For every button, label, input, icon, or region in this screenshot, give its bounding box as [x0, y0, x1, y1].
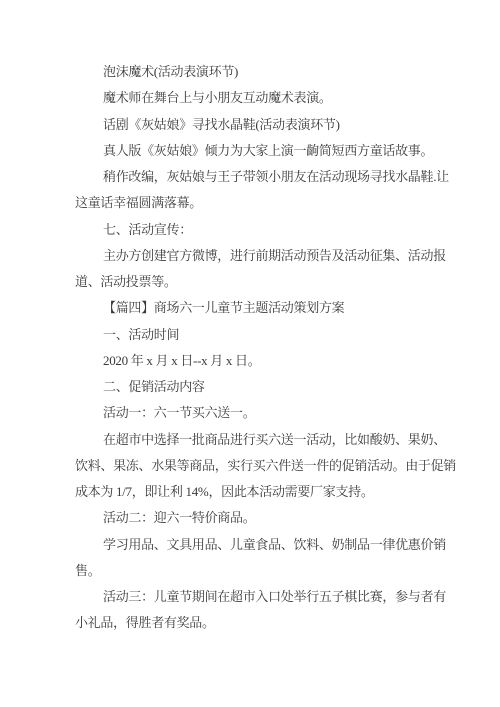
document-page: 泡沫魔术(活动表演环节)魔术师在舞台上与小朋友互动魔术表演。话剧《灰姑娘》寻找水… [0, 0, 500, 707]
text-line: 2020 年 x 月 x 日--x 月 x 日。 [75, 348, 455, 374]
text-line: 这童话幸福圆满落幕。 [75, 190, 455, 216]
text-line: 小礼品，得胜者有奖品。 [75, 610, 455, 636]
text-line: 泡沫魔术(活动表演环节) [75, 59, 455, 85]
text-line: 成本为 1/7，即让利 14%，因此本活动需要厂家支持。 [75, 479, 455, 505]
text-line: 道、活动投票等。 [75, 269, 455, 295]
text-line: 售。 [75, 558, 455, 584]
text-line: 活动一：六一节买六送一。 [75, 400, 455, 426]
text-line: 在超市中选择一批商品进行买六送一活动，比如酸奶、果奶、 [75, 427, 455, 453]
text-line: 一、活动时间 [75, 322, 455, 348]
text-line: 饮料、果冻、水果等商品，实行买六件送一件的促销活动。由于促销 [75, 453, 455, 479]
text-line: 主办方创建官方微博，进行前期活动预告及活动征集、活动报 [75, 243, 455, 269]
text-line: 【篇四】商场六一儿童节主题活动策划方案 [75, 295, 455, 321]
text-line: 活动三：儿童节期间在超市入口处举行五子棋比赛，参与者有 [75, 584, 455, 610]
text-line: 二、促销活动内容 [75, 374, 455, 400]
text-line: 真人版《灰姑娘》倾力为大家上演一齣简短西方童话故事。 [75, 138, 455, 164]
text-line: 七、活动宣传： [75, 217, 455, 243]
text-line: 活动二：迎六一特价商品。 [75, 505, 455, 531]
text-line: 稍作改编，灰姑娘与王子带领小朋友在活动现场寻找水晶鞋.让 [75, 164, 455, 190]
text-line: 魔术师在舞台上与小朋友互动魔术表演。 [75, 85, 455, 111]
text-line: 学习用品、文具用品、儿童食品、饮料、奶制品一律优惠价销 [75, 532, 455, 558]
text-line: 话剧《灰姑娘》寻找水晶鞋(活动表演环节) [75, 112, 455, 138]
text-block: 泡沫魔术(活动表演环节)魔术师在舞台上与小朋友互动魔术表演。话剧《灰姑娘》寻找水… [75, 59, 455, 637]
